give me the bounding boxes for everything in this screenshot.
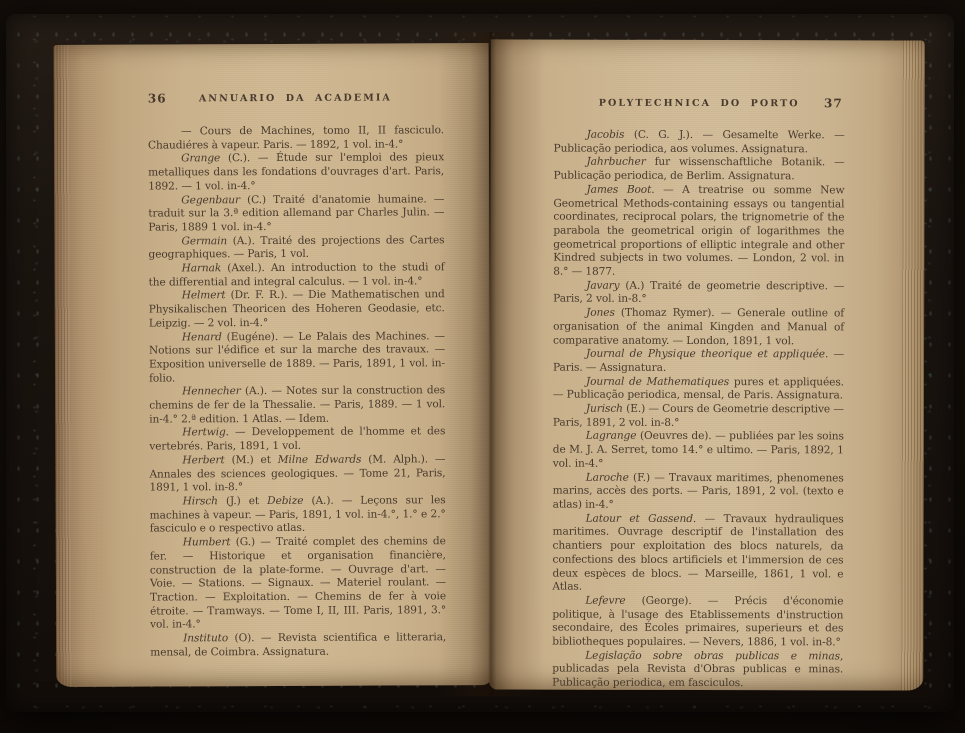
entry-title-italic: Lefevre	[585, 595, 625, 607]
entry-title-italic: Laroche	[586, 471, 629, 483]
bibliography-list-left: — Cours de Machines, tomo II, II fascicu…	[148, 124, 446, 677]
entry-title-italic: Milne Edwards	[278, 453, 362, 465]
entry-title-italic: Instituto	[183, 632, 228, 644]
entry-title-italic: Herbert	[182, 454, 224, 466]
entry-title-italic: Germain	[181, 235, 227, 247]
entry-title-italic: Jurisch	[586, 403, 623, 415]
bibliography-entry: Harnak (Axel.). An introduction to the s…	[149, 261, 445, 290]
entry-title-italic: Latour et Gassend	[586, 512, 693, 524]
bibliography-entry: Javary (A.) Traité de geometrie descript…	[553, 279, 844, 307]
bibliography-entry: Hennecher (A.). — Notes sur la construct…	[149, 385, 445, 427]
right-page-header: POLYTECHNICA DO PORTO 37	[554, 96, 845, 113]
entry-title-italic: Jacobis	[587, 129, 625, 141]
bibliography-entry: Jacobis (C. G. J.). — Gesamelte Werke. —…	[554, 129, 845, 157]
bibliography-entry: Jurisch (E.) — Cours de Geometrie descri…	[553, 403, 844, 431]
entry-title-italic: Hertwig	[182, 427, 225, 439]
entry-title-italic: Gegenbaur	[181, 194, 240, 206]
bibliography-entry: Instituto (O). — Revista scientifica e l…	[150, 631, 446, 660]
entry-text: (M.) et	[225, 454, 278, 466]
entry-title-italic: Jahrbucher	[587, 156, 646, 168]
open-book: 36 ANNUARIO DA ACADEMIA — Cours de Machi…	[6, 14, 954, 712]
bibliography-entry: Latour et Gassend. — Travaux hydraulique…	[552, 512, 843, 595]
right-page: POLYTECHNICA DO PORTO 37 Jacobis (C. G. …	[489, 39, 925, 690]
bibliography-entry: Humbert (G.) — Traité complet des chemin…	[150, 535, 446, 632]
entry-title-italic: Javary	[586, 279, 619, 291]
bibliography-entry: Lagrange (Oeuvres de). — publiées par le…	[553, 430, 844, 472]
entry-title-italic: Lagrange	[586, 430, 637, 442]
bibliography-entry: Jones (Thomaz Rymer). — Generale outline…	[553, 307, 844, 349]
running-title-right: POLYTECHNICA DO PORTO	[554, 98, 845, 110]
entry-title-italic: Humbert	[183, 536, 231, 548]
entry-title-italic: Henard	[182, 331, 222, 343]
entry-title-italic: Journal de Mathematiques	[586, 375, 729, 387]
page-edge-stack-right	[901, 41, 925, 691]
entry-title-italic: Jones	[586, 307, 615, 319]
entry-text: (G.) — Traité complet des chemins de fer…	[150, 535, 446, 631]
entry-title-italic: Helmert	[182, 290, 226, 302]
bibliography-entry: Henard (Eugéne). — Le Palais des Machine…	[149, 330, 445, 386]
entry-title-italic: Legislação sobre obras publicas e minas	[585, 649, 840, 662]
bibliography-list-right: Jacobis (C. G. J.). — Gesamelte Werke. —…	[552, 129, 844, 678]
bibliography-entry: — Cours de Machines, tomo II, II fascicu…	[148, 124, 444, 153]
book-photograph: 36 ANNUARIO DA ACADEMIA — Cours de Machi…	[0, 0, 965, 733]
bibliography-entry: Jahrbucher fur wissenschaftliche Botanik…	[553, 156, 844, 184]
entry-title-italic: Hennecher	[182, 385, 241, 397]
entry-text: . — A treatrise ou somme New Geometrical…	[553, 184, 844, 278]
running-title-left: ANNUARIO DA ACADEMIA	[148, 92, 443, 104]
bibliography-entry: Herbert (M.) et Milne Edwards (M. Alph.)…	[149, 453, 445, 495]
bibliography-entry: James Boot. — A treatrise ou somme New G…	[553, 183, 844, 280]
entry-title-italic: Debize	[267, 495, 303, 507]
bibliography-entry: Journal de Physique theorique et appliqu…	[553, 348, 844, 376]
bibliography-entry: Laroche (F.) — Travaux maritimes, phenom…	[553, 471, 844, 513]
entry-text: (J.) et	[218, 495, 267, 507]
entry-title-italic: Journal de Physique theorique et appliqu…	[586, 348, 825, 361]
bibliography-entry: Lefevre (George). — Précis d'économie po…	[552, 595, 843, 651]
bibliography-entry: Gegenbaur (C.) Traité d'anatomie humaine…	[148, 193, 444, 235]
entry-title-italic: Hirsch	[183, 495, 218, 507]
entry-text: — Cours de Machines, tomo II, II fascicu…	[148, 124, 444, 151]
left-page: 36 ANNUARIO DA ACADEMIA — Cours de Machi…	[54, 43, 492, 687]
page-number-right: 37	[824, 96, 843, 110]
bibliography-entry: Germain (A.). Traité des projections des…	[148, 234, 444, 263]
entry-title-italic: James Boot	[586, 183, 651, 195]
bibliography-entry: Helmert (Dr. F. R.). — Die Mathematische…	[149, 289, 445, 331]
bibliography-entry: Legislação sobre obras publicas e minas,…	[552, 649, 843, 690]
left-page-header: 36 ANNUARIO DA ACADEMIA	[148, 90, 443, 107]
entry-title-italic: Grange	[181, 153, 220, 165]
bibliography-entry: Journal de Mathematiques pures et appliq…	[553, 375, 844, 403]
entry-title-italic: Harnak	[182, 262, 222, 274]
page-edge-stack-left	[54, 45, 72, 687]
bibliography-entry: Hirsch (J.) et Debize (A.). — Leçons sur…	[150, 494, 446, 536]
bibliography-entry: Hertwig. — Developpement de l'homme et d…	[149, 426, 445, 455]
bibliography-entry: Grange (C.). — Étude sur l'emploi des pi…	[148, 152, 444, 194]
